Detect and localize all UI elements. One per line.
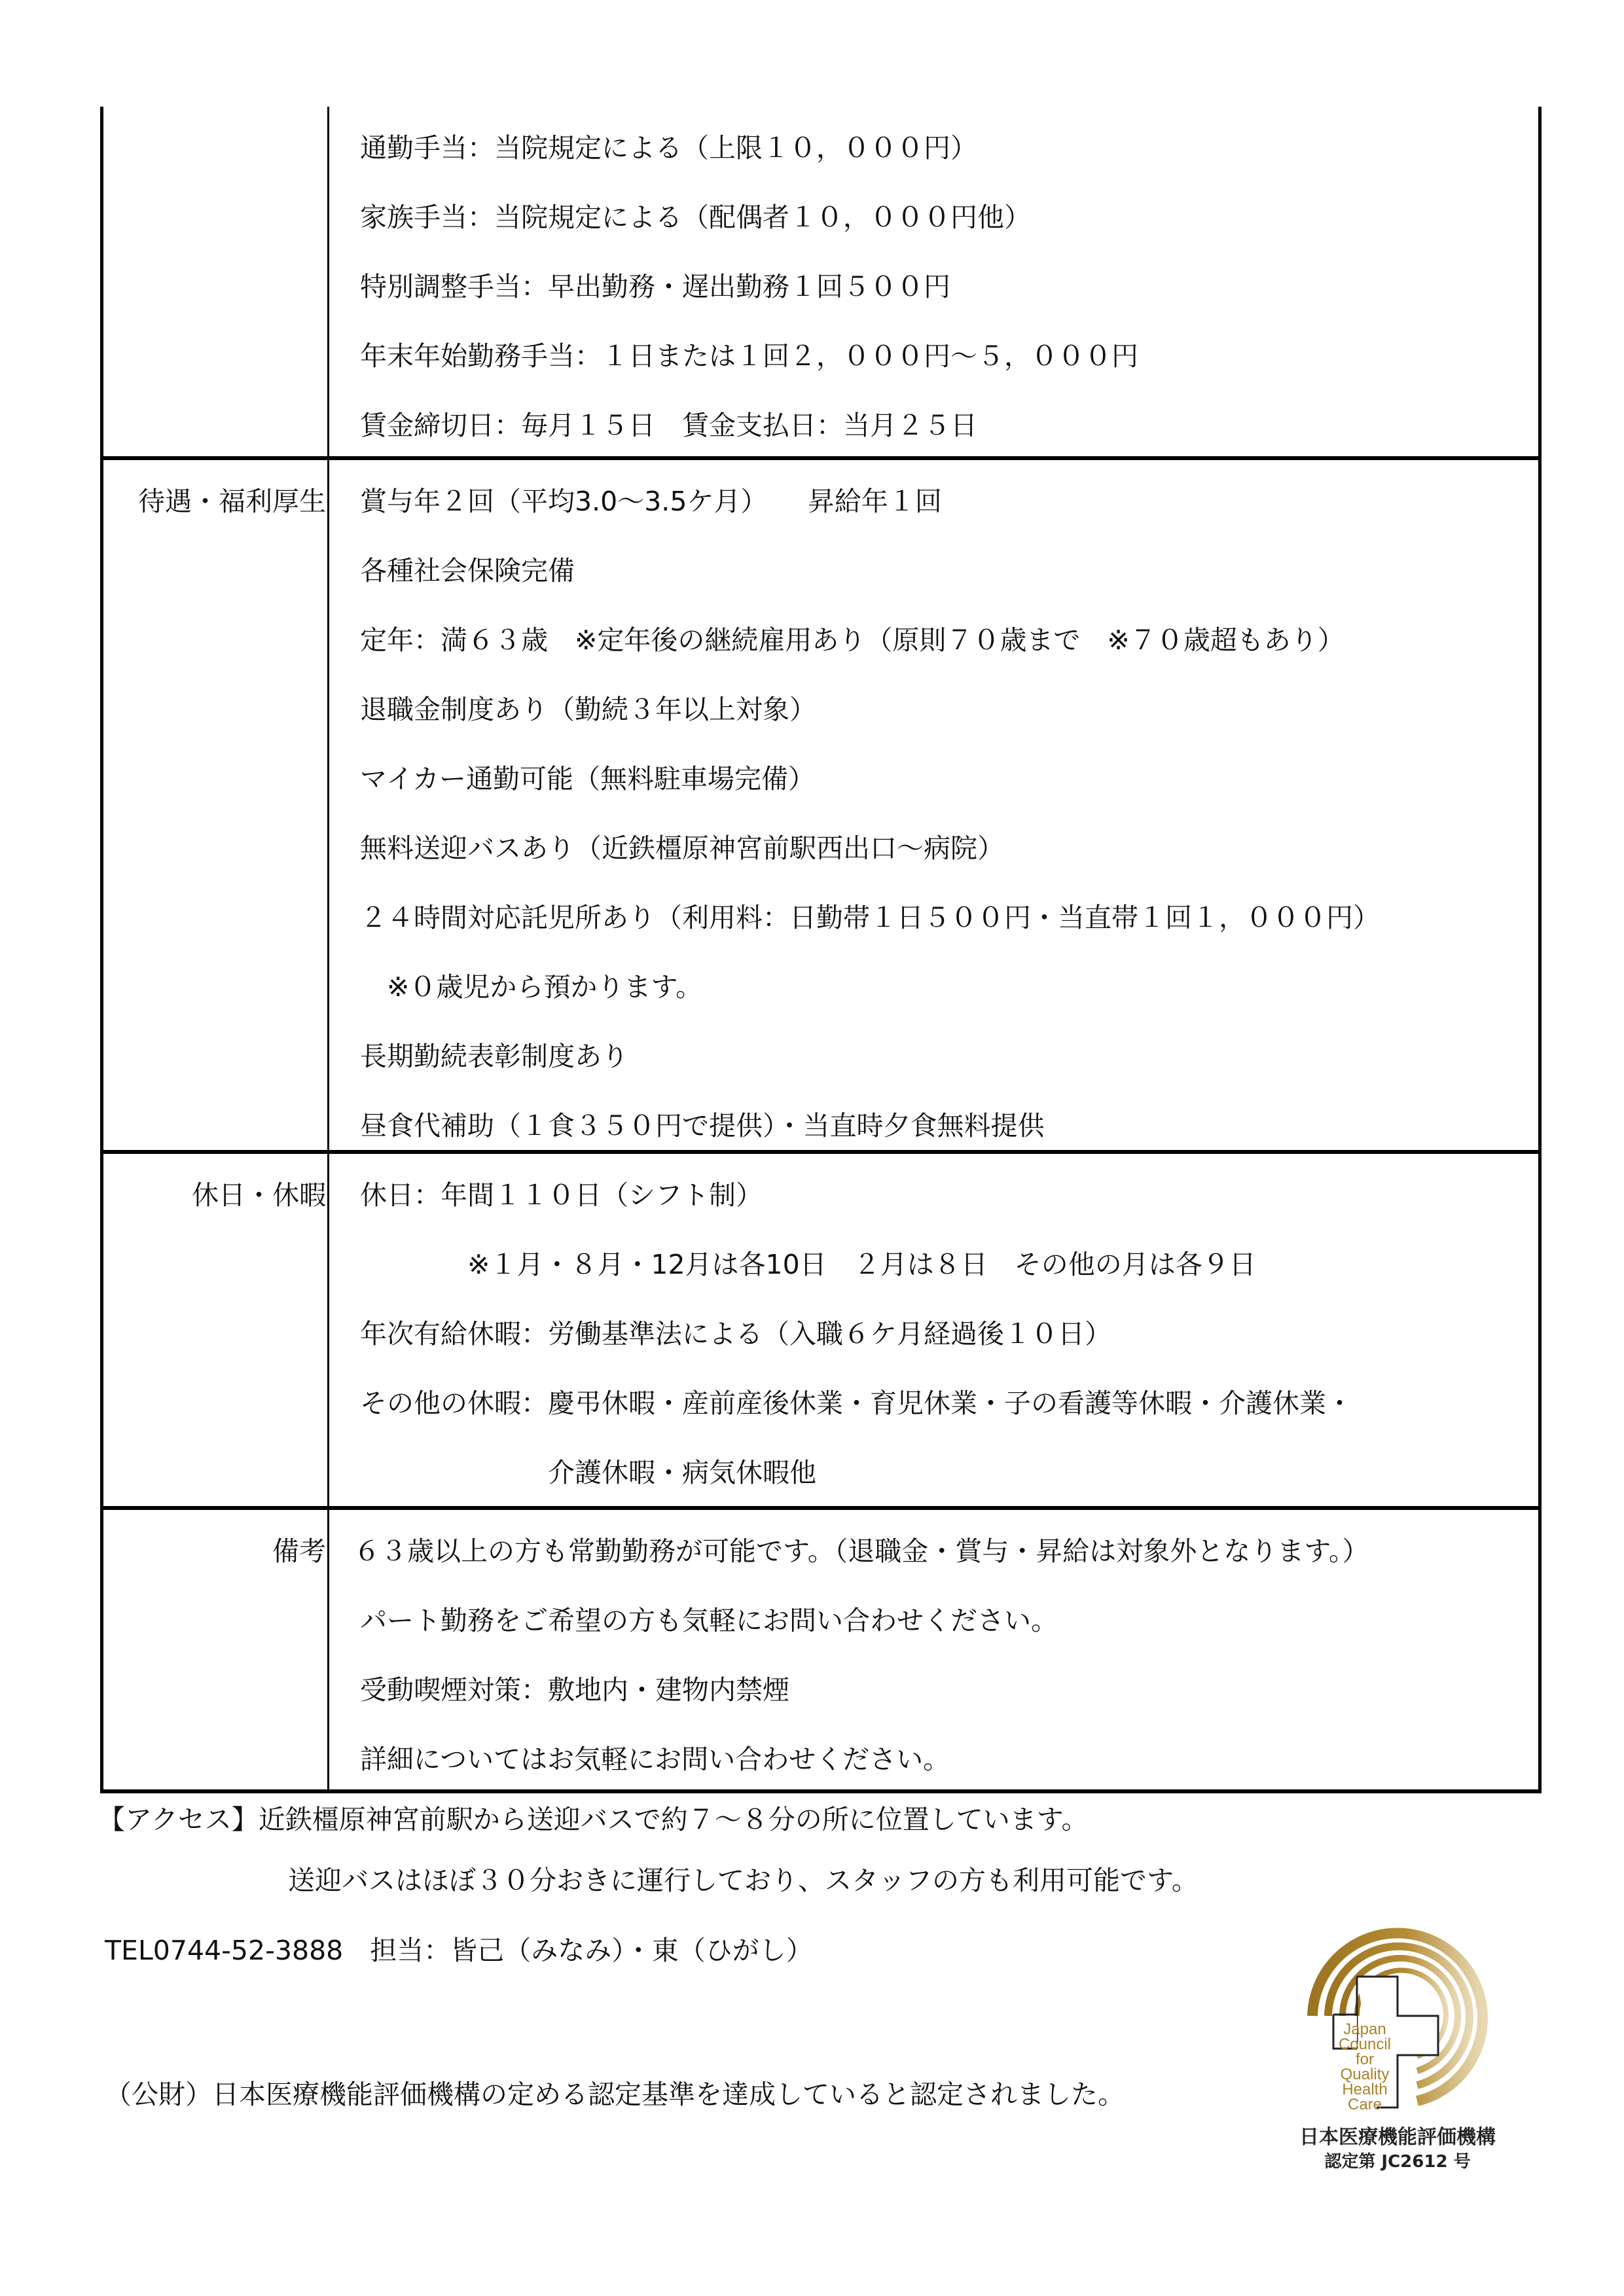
logo-org-name: 日本医療機能評価機構: [1299, 2121, 1496, 2149]
row-content: ６３歳以上の方も常勤勤務が可能です。（退職金・賞与・昇給は対象外となります。） …: [329, 1510, 1538, 1789]
text-line: 長期勤続表彰制度あり: [360, 1022, 1538, 1091]
row-label: [103, 107, 329, 456]
text-line: マイカー通勤可能（無料駐車場完備）: [360, 744, 1538, 814]
table-row-benefits: 待遇・福利厚生 賞与年２回（平均3.0～3.5ケ月） 昇給年１回 各種社会保険完…: [103, 456, 1538, 1150]
shuttle-info: 送迎バスはほぼ３０分おきに運行しており、スタッフの方も利用可能です。: [288, 1861, 1199, 1900]
svg-text:Care: Care: [1348, 2096, 1382, 2113]
text-line: 受動喫煙対策：敷地内・建物内禁煙: [360, 1655, 1538, 1725]
text-line: ※１月・８月・12月は各10日 ２月は８日 その他の月は各９日: [360, 1230, 1538, 1299]
text-line: 特別調整手当：早出勤務・遅出勤務１回５００円: [360, 252, 1538, 321]
row-label: 休日・休暇: [103, 1154, 329, 1506]
table-row-notes: 備考 ６３歳以上の方も常勤勤務が可能です。（退職金・賞与・昇給は対象外となります…: [103, 1506, 1538, 1789]
job-conditions-table: 通勤手当：当院規定による（上限１０，０００円） 家族手当：当院規定による（配偶者…: [100, 107, 1542, 1793]
table-row-allowances: 通勤手当：当院規定による（上限１０，０００円） 家族手当：当院規定による（配偶者…: [103, 107, 1538, 456]
row-label: 備考: [103, 1510, 329, 1789]
text-line: 休日：年間１１０日（シフト制）: [360, 1160, 1538, 1230]
text-line: 詳細についてはお気軽にお問い合わせください。: [360, 1725, 1538, 1794]
text-line: ２４時間対応託児所あり（利用料：日勤帯１日５００円・当直帯１回１，０００円）: [360, 883, 1538, 952]
text-line: 賞与年２回（平均3.0～3.5ケ月） 昇給年１回: [360, 467, 1538, 536]
contact-info: TEL0744-52-3888 担当：皆己（みなみ）・東（ひがし）: [105, 1931, 813, 1970]
text-line: 家族手当：当院規定による（配偶者１０，０００円他）: [360, 183, 1538, 252]
text-line: 退職金制度あり（勤続３年以上対象）: [360, 675, 1538, 744]
document-page: 通勤手当：当院規定による（上限１０，０００円） 家族手当：当院規定による（配偶者…: [0, 0, 1624, 2296]
row-content: 通勤手当：当院規定による（上限１０，０００円） 家族手当：当院規定による（配偶者…: [329, 107, 1538, 456]
text-line: 年次有給休暇：労働基準法による（入職６ケ月経過後１０日）: [360, 1299, 1538, 1369]
row-content: 休日：年間１１０日（シフト制） ※１月・８月・12月は各10日 ２月は８日 その…: [329, 1154, 1538, 1506]
row-label: 待遇・福利厚生: [103, 460, 329, 1150]
text-line: 定年：満６３歳 ※定年後の継続雇用あり（原則７０歳まで ※７０歳超もあり）: [360, 605, 1538, 675]
text-line: ６３歳以上の方も常勤勤務が可能です。（退職金・賞与・昇給は対象外となります。）: [353, 1516, 1538, 1586]
text-line: 通勤手当：当院規定による（上限１０，０００円）: [360, 113, 1538, 183]
certification-statement: （公財）日本医療機能評価機構の定める認定基準を達成していると認定されました。: [105, 2075, 1125, 2114]
text-line: 年末年始勤務手当：１日または１回２，０００円～５，０００円: [360, 321, 1538, 391]
text-line: パート勤務をご希望の方も気軽にお問い合わせください。: [360, 1586, 1538, 1655]
access-info: 【アクセス】近鉄橿原神宮前駅から送迎バスで約７～８分の所に位置しています。: [98, 1800, 1089, 1839]
table-row-holidays: 休日・休暇 休日：年間１１０日（シフト制） ※１月・８月・12月は各10日 ２月…: [103, 1150, 1538, 1506]
text-line: 介護休暇・病気休暇他: [360, 1438, 1538, 1507]
logo-cert-number: 認定第 JC2612 号: [1299, 2148, 1496, 2172]
text-line: その他の休暇：慶弔休暇・産前産後休業・育児休業・子の看護等休暇・介護休業・: [360, 1369, 1538, 1438]
accreditation-emblem-icon: Japan Council for Quality Health Care: [1299, 1911, 1496, 2121]
jcqhc-accreditation-logo: Japan Council for Quality Health Care 日本…: [1299, 1911, 1496, 2173]
text-line: 各種社会保険完備: [360, 536, 1538, 605]
row-content: 賞与年２回（平均3.0～3.5ケ月） 昇給年１回 各種社会保険完備 定年：満６３…: [329, 460, 1538, 1150]
text-line: ※０歳児から預かります。: [360, 952, 1538, 1022]
text-line: 無料送迎バスあり（近鉄橿原神宮前駅西出口～病院）: [360, 814, 1538, 883]
text-line: 賃金締切日：毎月１５日 賃金支払日：当月２５日: [360, 391, 1538, 460]
